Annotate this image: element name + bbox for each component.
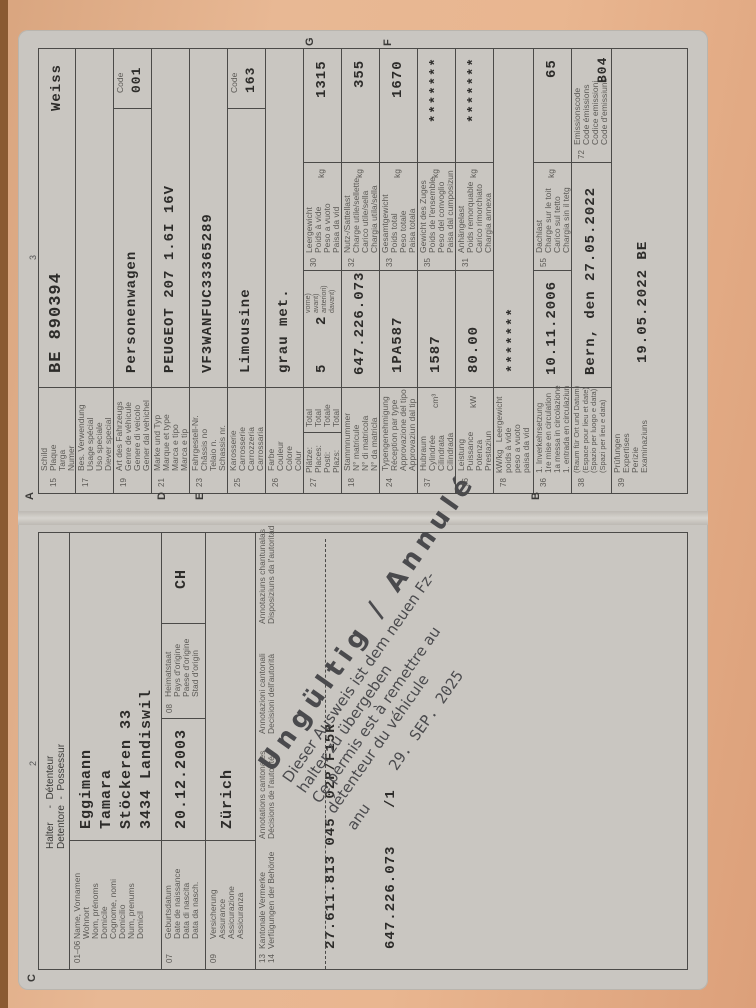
- roof-load-value: 65: [544, 59, 560, 78]
- field-number: 07: [165, 954, 174, 963]
- matriculation-value: 647.226.073: [352, 272, 368, 375]
- section-letter-e: E: [194, 493, 206, 500]
- field-number: 23: [195, 478, 204, 487]
- vehicle-panel: 15 Schild Plaque Targa Numer BE 890394 W…: [38, 48, 688, 494]
- chassis-label: Fahrgestell-Nr. Châssis no Telaio n. Sch…: [191, 415, 227, 471]
- body-label: Karosserie Carrosserie Carrozzeria Carro…: [229, 427, 265, 471]
- field-number: 25: [233, 478, 242, 487]
- power-label: Leistung Puissance Potenza Prestaziun: [457, 431, 493, 471]
- field-09: 09 Versicherung Assurance Assicurazione …: [205, 533, 256, 969]
- field-number: 24: [385, 478, 394, 487]
- seats-total-value: 5: [314, 364, 330, 373]
- empty-weight-label: Leergewicht Poids à vide Peso a vuoto Pa…: [305, 203, 341, 253]
- field-number: 32: [347, 258, 356, 267]
- train-weight-label: Gewicht des Zuges Poids de l'ensemble Pe…: [419, 170, 455, 253]
- field-number: 76: [461, 478, 470, 487]
- field-number: 01–06: [73, 941, 82, 963]
- vehicle-registration-document: 2 C Halter - Détenteur Detentore - Posse…: [18, 30, 708, 990]
- roof-load-label: Dachlast Charge sur le toit Carico sul t…: [535, 187, 571, 253]
- empty-weight-value: 1315: [314, 60, 330, 98]
- unit: kg: [469, 169, 478, 178]
- unit: kg: [547, 169, 556, 178]
- train-weight-value: *******: [428, 57, 444, 123]
- unit: kW: [469, 396, 478, 408]
- chassis-value: VF3WANFUC33365289: [200, 213, 216, 373]
- annotations-label-rm: Annotaziuns chantunalas Disposiziuns da …: [258, 526, 276, 624]
- payload-value: 355: [352, 60, 368, 88]
- inspections-value: 19.05.2022 BE: [635, 241, 651, 363]
- birthdate-label: Geburtsdatum Date de naissance Data di n…: [164, 869, 200, 939]
- document-fold: [18, 511, 708, 525]
- field-number: 78: [499, 478, 508, 487]
- type-approval-value: 1PA587: [390, 317, 406, 373]
- holder-city: 3434 Landiswil: [137, 689, 157, 829]
- unit: kg: [317, 169, 326, 178]
- power-weight-label: kW/kg Leergewicht poids à vide peso a vu…: [495, 396, 531, 473]
- seats-front-label: vorne) avant) anteriori) davant): [305, 285, 337, 313]
- place-date-value: Bern, den 27.05.2022: [583, 187, 599, 375]
- field-number: 21: [157, 478, 166, 487]
- field-number: 72: [577, 150, 586, 159]
- field-number: 15: [49, 478, 58, 487]
- unit: cm³: [431, 394, 440, 408]
- field-number: 19: [119, 478, 128, 487]
- unit: kg: [355, 169, 364, 178]
- field-37-35: 37 Hubraum Cylindrée Cilindrata Cilindra…: [417, 49, 456, 493]
- field-01-06: 01–06 Name, Vornamen Wohnort Nom, prénom…: [69, 533, 162, 969]
- holder-surname: Eggimann: [77, 689, 97, 829]
- field-07-08: 07 Geburtsdatum Date de naissance Data d…: [161, 533, 206, 969]
- body-code: 163: [243, 67, 258, 93]
- field-26: 26 Farbe Couleur Colore Colur grau met.: [265, 49, 304, 493]
- inspections-label: Prüfungen Expertises Perizie Examinaziun…: [613, 420, 649, 473]
- plate-label: Schild Plaque Targa Numer: [40, 445, 76, 471]
- origin-label: Heimatstaat Pays d'origine Paese d'origi…: [164, 639, 200, 697]
- field-number: 26: [271, 478, 280, 487]
- section-letter-d: D: [156, 492, 168, 500]
- towing-load-value: *******: [466, 57, 482, 123]
- field-78: 78 kW/kg Leergewicht poids à vide peso a…: [493, 49, 534, 493]
- field-number: 35: [423, 258, 432, 267]
- origin-value: CH: [173, 569, 190, 589]
- payload-label: Nutz-/Sattellast Charge utile/sellette C…: [343, 178, 379, 253]
- code-label: Code: [116, 73, 125, 93]
- color-label: Farbe Couleur Colore Colur: [267, 441, 303, 471]
- field-18-32: 18 Stammnummer N° matricule N° di matric…: [341, 49, 380, 493]
- wood-table-edge: [0, 0, 8, 1008]
- field-number: 37: [423, 478, 432, 487]
- power-weight-value: *******: [505, 307, 521, 373]
- plate-color: Weiss: [49, 64, 65, 111]
- field-number: 38: [577, 478, 586, 487]
- field-number: 30: [309, 258, 318, 267]
- holder-street: Stöckeren 33: [117, 689, 137, 829]
- field-19: 19 Art des Fahrzeugs Genre de véhicule G…: [113, 49, 152, 493]
- field-number: 17: [81, 478, 90, 487]
- birthdate-value: 20.12.2003: [173, 729, 190, 829]
- insurance-label: Versicherung Assurance Assicurazione Ass…: [209, 886, 245, 939]
- insurance-value: Zürich: [219, 769, 236, 829]
- total-weight-value: 1670: [390, 60, 406, 98]
- holder-header: Halter - Détenteur Detentore - Possessur: [45, 744, 67, 849]
- vehicle-type-label: Art des Fahrzeugs Genre de véhicule Gene…: [115, 400, 151, 471]
- field-number: 09: [209, 954, 218, 963]
- page-number-right: 3: [28, 255, 38, 260]
- field-24-33: 24 Typengenehmigung Réception par type A…: [379, 49, 418, 493]
- field-label: Name, Vornamen Wohnort Nom, prénoms Domi…: [73, 873, 145, 939]
- special-use-label: Bes. Verwendung Usage spécial Uso specia…: [77, 404, 113, 471]
- seats-front-value: 2: [314, 316, 330, 325]
- total-weight-label: Gesamtgewicht Poids total Peso totale Pa…: [381, 194, 417, 253]
- code-label: Code: [230, 73, 239, 93]
- make-model-label: Marke und Typ Marque et type Marca e tip…: [153, 414, 189, 471]
- displacement-value: 1587: [428, 335, 444, 373]
- plate-value: BE 890394: [47, 272, 66, 373]
- page-number-left: 2: [28, 761, 38, 766]
- displacement-label: Hubraum Cylindrée Cilindrata Cilindrada: [419, 433, 455, 471]
- matriculation-label: Stammnummer N° matricule N° di matricola…: [343, 413, 379, 471]
- place-date-label: (Raum für Ort und Datum) (Espace pour li…: [573, 386, 607, 473]
- power-value: 80.00: [466, 326, 482, 373]
- color-value: grau met.: [276, 288, 292, 373]
- section-letter-a: A: [24, 492, 36, 500]
- seats-total-label: Total Total Totale Total: [305, 404, 341, 427]
- field-39: 39 Prüfungen Expertises Perizie Examinaz…: [611, 49, 687, 493]
- field-38-72: 38 (Raum für Ort und Datum) (Espace pour…: [571, 49, 612, 493]
- field-15: 15 Schild Plaque Targa Numer BE 890394 W…: [39, 49, 76, 493]
- field-number: 27: [309, 478, 318, 487]
- section-letter-b: B: [530, 492, 542, 500]
- unit: kg: [393, 169, 402, 178]
- field-number: 31: [461, 258, 470, 267]
- unit: kg: [431, 169, 440, 178]
- body-value: Limousine: [238, 288, 254, 373]
- holder-header-row: Halter - Détenteur Detentore - Possessur: [39, 533, 70, 969]
- first-registration-label: 1. Inverkehrsetzung 1re mise en circulat…: [535, 385, 571, 473]
- field-number: 33: [385, 258, 394, 267]
- section-letter-c: C: [26, 974, 38, 982]
- holder-name-address: Eggimann Tamara Stöckeren 33 3434 Landis…: [77, 689, 157, 829]
- section-letter-g: G: [304, 37, 316, 46]
- field-36-55: 36 1. Inverkehrsetzung 1re mise en circu…: [533, 49, 572, 493]
- field-17: 17 Bes. Verwendung Usage spécial Uso spe…: [75, 49, 114, 493]
- field-number: 08: [165, 704, 174, 713]
- section-letter-f: F: [382, 39, 394, 46]
- field-number: 55: [539, 258, 548, 267]
- make-model-value: PEUGEOT 207 1.6I 16V: [162, 185, 178, 373]
- annotations-label-de: Kantonale Vermerke Verfügungen der Behör…: [258, 852, 276, 949]
- field-25: 25 Karosserie Carrosserie Carrozzeria Ca…: [227, 49, 266, 493]
- vehicle-type-value: Personenwagen: [124, 251, 140, 373]
- vehicle-type-code: 001: [129, 67, 144, 93]
- field-27-30: 27 Plätze: Places: Posti: Plazs: Total T…: [303, 49, 342, 493]
- field-number: 13 14: [258, 954, 276, 963]
- emission-code-label: Emissionscode Code émissions Codice emis…: [573, 78, 609, 145]
- field-number: 36: [539, 478, 548, 487]
- field-number: 18: [347, 478, 356, 487]
- field-23: 23 Fahrgestell-Nr. Châssis no Telaio n. …: [189, 49, 228, 493]
- field-number: 39: [617, 478, 626, 487]
- towing-load-label: Anhängelast Poids remorquable Carico rim…: [457, 182, 493, 253]
- field-21: 21 Marke und Typ Marque et type Marca e …: [151, 49, 190, 493]
- emission-code-value: B04: [595, 57, 610, 83]
- seats-label: Plätze: Places: Posti: Plazs:: [305, 445, 341, 473]
- field-76-31: 76 Leistung Puissance Potenza Prestaziun…: [455, 49, 494, 493]
- first-registration-value: 10.11.2006: [544, 281, 560, 375]
- annotations-label-it: Annotazioni cantonali Decisioni dell'aut…: [258, 653, 276, 734]
- holder-firstname: Tamara: [97, 689, 117, 829]
- type-approval-label: Typengenehmigung Réception par type Appr…: [381, 389, 417, 471]
